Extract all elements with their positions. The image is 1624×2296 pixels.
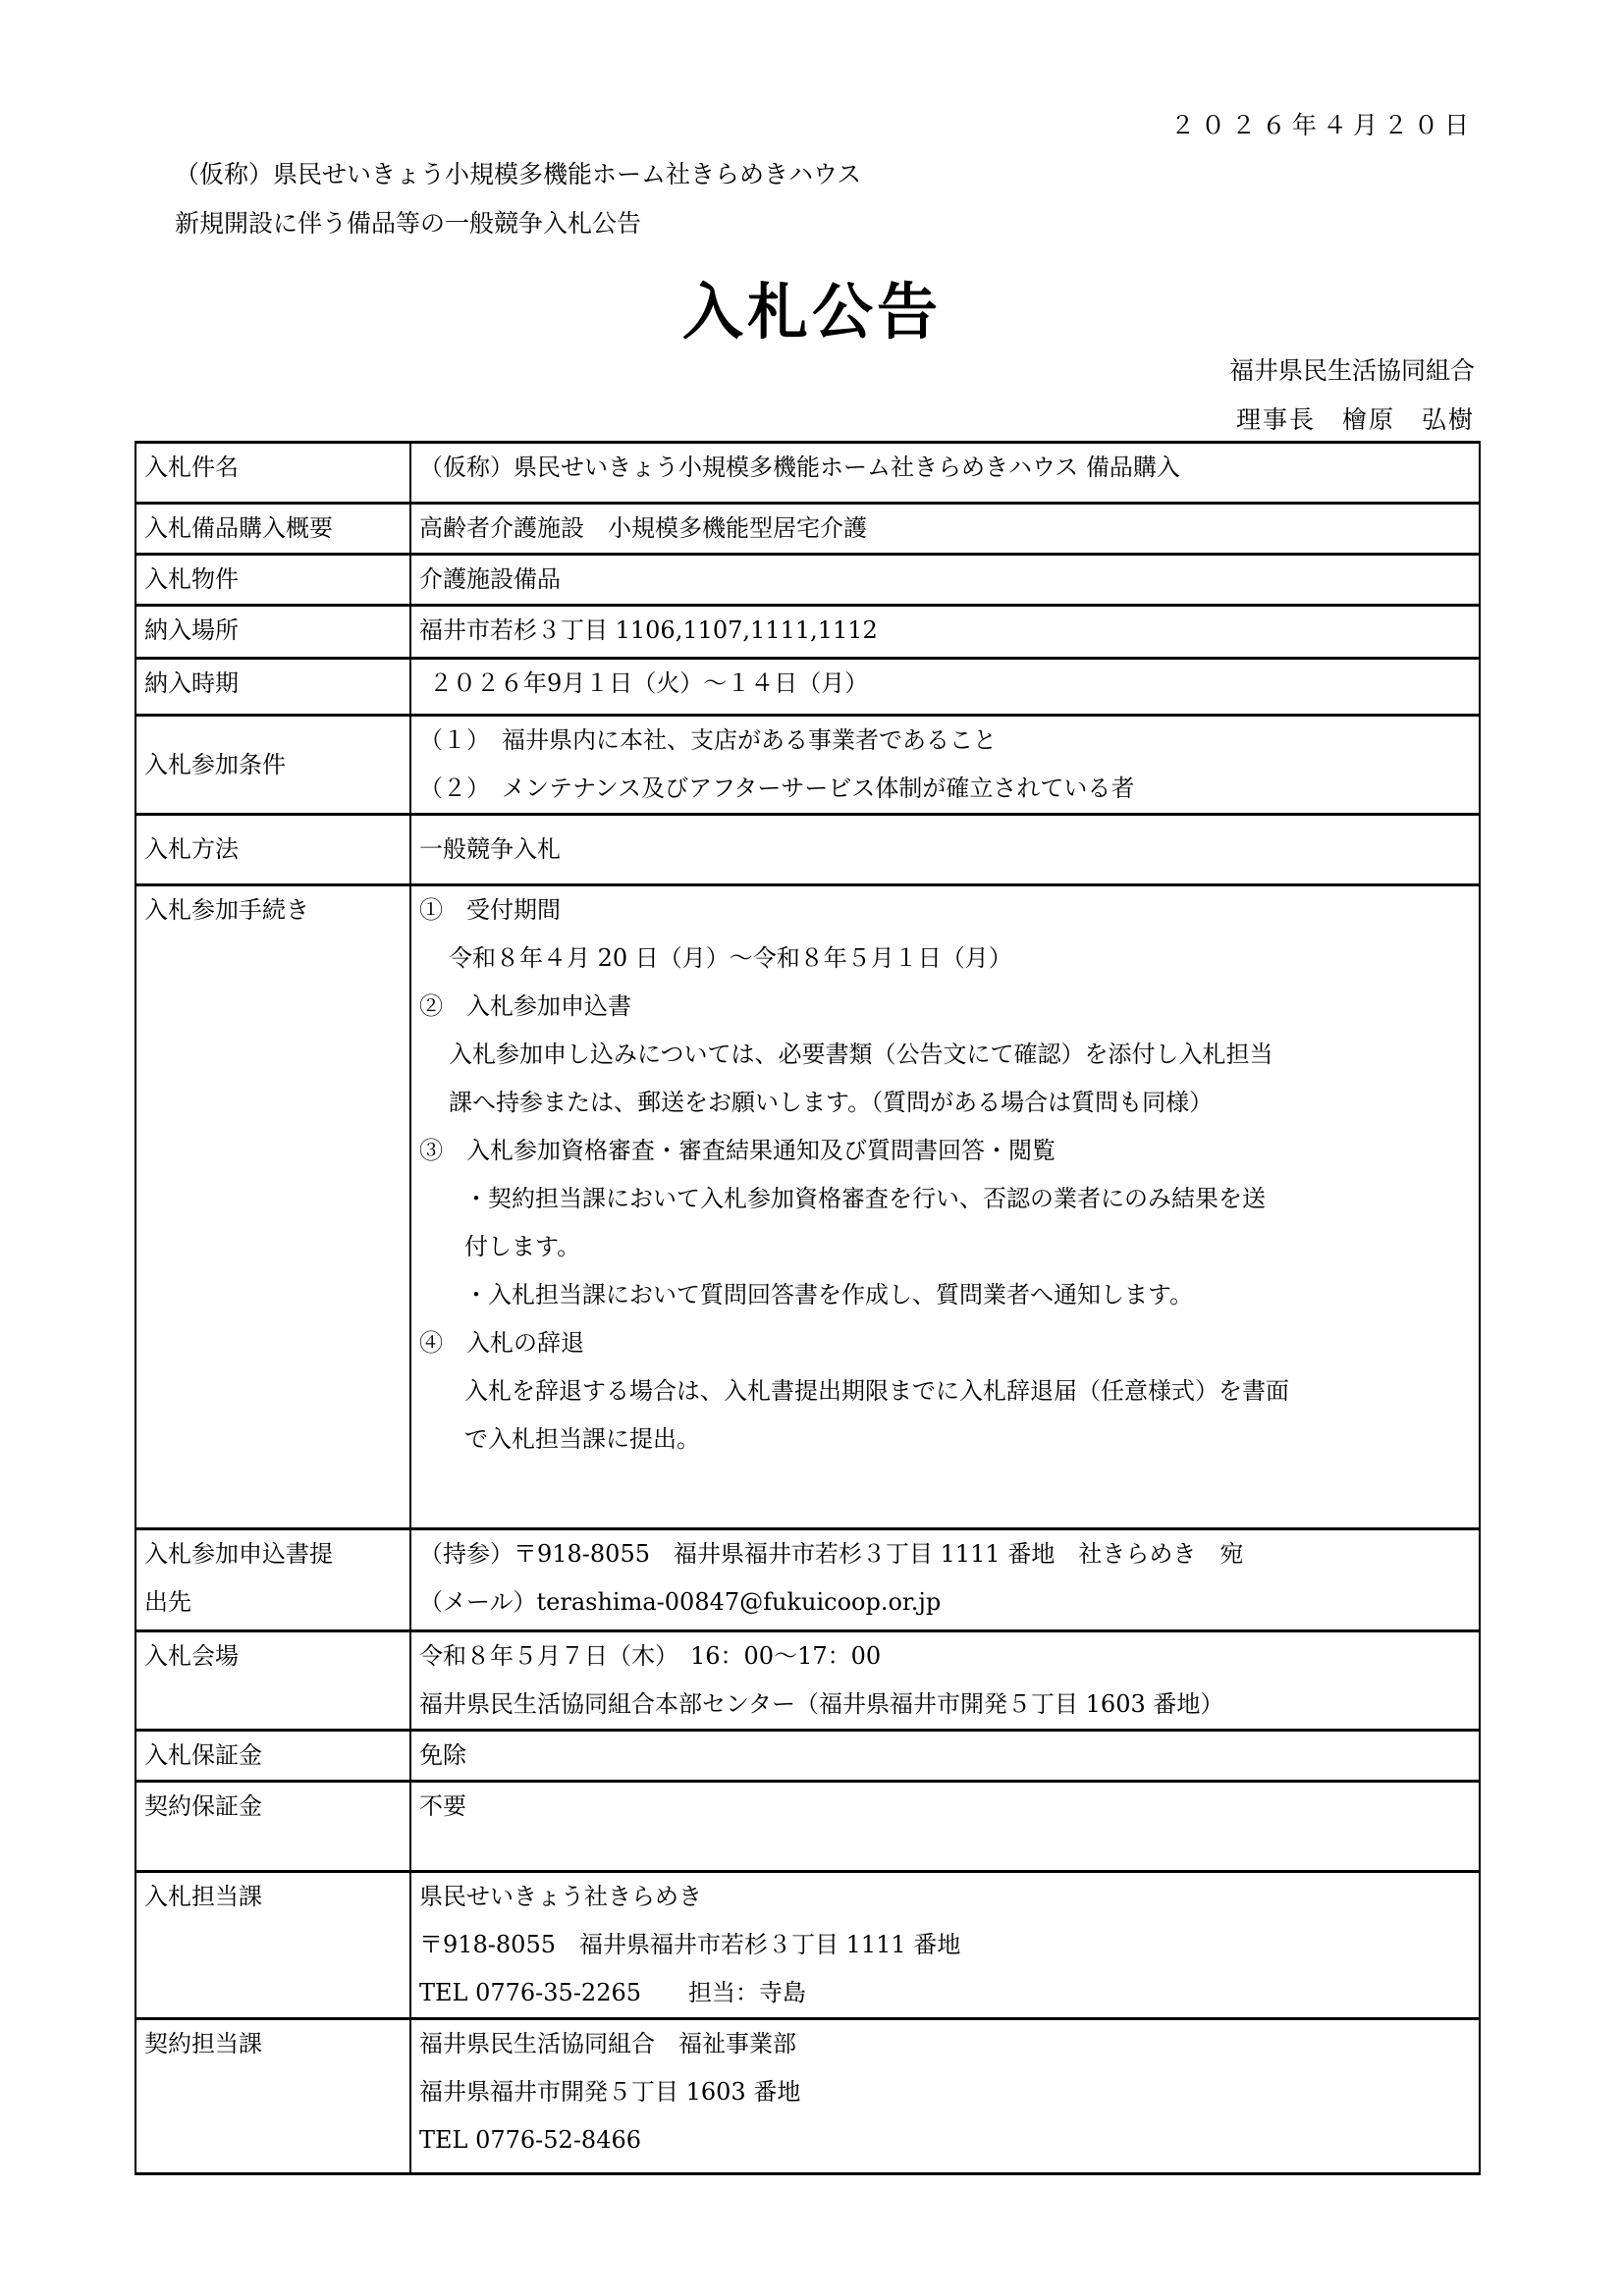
row-label: 入札件名 — [135, 443, 410, 504]
table-row: 入札備品購入概要 高齢者介護施設 小規模多機能型居宅介護 — [135, 504, 1480, 555]
table-row: 入札物件 介護施設備品 — [135, 555, 1480, 606]
row-value: 免除 — [410, 1731, 1480, 1782]
row-label: 入札参加手続き — [135, 885, 410, 1529]
table-row: 契約担当課 福井県民生活協同組合 福祉事業部 福井県福井市開発５丁目 1603 … — [135, 2019, 1480, 2174]
subtitle-line-1: （仮称）県民せいきょう小規模多機能ホーム社きらめきハウス — [175, 155, 861, 190]
table-row: 入札担当課 県民せいきょう社きらめき 〒918-8055 福井県福井市若杉３丁目… — [135, 1872, 1480, 2019]
table-row: 契約保証金 不要 — [135, 1782, 1480, 1872]
row-label: 納入場所 — [135, 606, 410, 659]
table-row: 入札方法 一般競争入札 — [135, 815, 1480, 885]
row-value: （持参）〒918-8055 福井県福井市若杉３丁目 1111 番地 社きらめき … — [410, 1529, 1480, 1631]
row-label: 入札参加申込書提 出先 — [135, 1529, 410, 1631]
row-value: 福井市若杉３丁目 1106,1107,1111,1112 — [410, 606, 1480, 659]
row-value: 高齢者介護施設 小規模多機能型居宅介護 — [410, 504, 1480, 555]
table-row: 入札参加条件 （１） 福井県内に本社、支店がある事業者であること （２） メンテ… — [135, 716, 1480, 815]
table-row: 納入時期 ２０２６年9月１日（火）～１４日（月） — [135, 659, 1480, 716]
row-label: 入札方法 — [135, 815, 410, 885]
row-value: 介護施設備品 — [410, 555, 1480, 606]
issuer-organization: 福井県民生活協同組合 — [1229, 351, 1475, 387]
notice-table: 入札件名 （仮称）県民せいきょう小規模多機能ホーム社きらめきハウス 備品購入 入… — [135, 441, 1481, 2175]
row-label: 入札保証金 — [135, 1731, 410, 1782]
row-value: 令和８年５月７日（木） 16：00～17：00 福井県民生活協同組合本部センター… — [410, 1631, 1480, 1731]
issuer-representative: 理事長 檜原 弘樹 — [1236, 400, 1475, 436]
email-text: （メール）terashima-00847@fukuicoop.or.jp — [419, 1578, 1471, 1627]
row-value: 県民せいきょう社きらめき 〒918-8055 福井県福井市若杉３丁目 1111 … — [410, 1872, 1480, 2019]
row-label: 入札備品購入概要 — [135, 504, 410, 555]
row-label: 入札物件 — [135, 555, 410, 606]
table-row: 入札件名 （仮称）県民せいきょう小規模多機能ホーム社きらめきハウス 備品購入 — [135, 443, 1480, 504]
document-date: ２０２６年４月２０日 — [1170, 106, 1475, 141]
row-value: ① 受付期間 令和８年４月 20 日（月）～令和８年５月１日（月） ② 入札参加… — [410, 885, 1480, 1529]
table-row: 入札参加申込書提 出先 （持参）〒918-8055 福井県福井市若杉３丁目 11… — [135, 1529, 1480, 1631]
row-label: 入札会場 — [135, 1631, 410, 1731]
row-value: ２０２６年9月１日（火）～１４日（月） — [410, 659, 1480, 716]
row-label: 入札担当課 — [135, 1872, 410, 2019]
page-title: 入札公告 — [0, 263, 1624, 350]
row-value: （仮称）県民せいきょう小規模多機能ホーム社きらめきハウス 備品購入 — [410, 443, 1480, 504]
table-row: 納入場所 福井市若杉３丁目 1106,1107,1111,1112 — [135, 606, 1480, 659]
subtitle-line-2: 新規開設に伴う備品等の一般競争入札公告 — [175, 204, 641, 240]
row-label: 納入時期 — [135, 659, 410, 716]
table-row: 入札参加手続き ① 受付期間 令和８年４月 20 日（月）～令和８年５月１日（月… — [135, 885, 1480, 1529]
table-row: 入札保証金 免除 — [135, 1731, 1480, 1782]
row-label: 契約担当課 — [135, 2019, 410, 2174]
table-row: 入札会場 令和８年５月７日（木） 16：00～17：00 福井県民生活協同組合本… — [135, 1631, 1480, 1731]
row-value: 不要 — [410, 1782, 1480, 1872]
row-label: 契約保証金 — [135, 1782, 410, 1872]
row-value: （１） 福井県内に本社、支店がある事業者であること （２） メンテナンス及びアフ… — [410, 716, 1480, 815]
row-label: 入札参加条件 — [135, 716, 410, 815]
row-value: 福井県民生活協同組合 福祉事業部 福井県福井市開発５丁目 1603 番地 TEL… — [410, 2019, 1480, 2174]
row-value: 一般競争入札 — [410, 815, 1480, 885]
